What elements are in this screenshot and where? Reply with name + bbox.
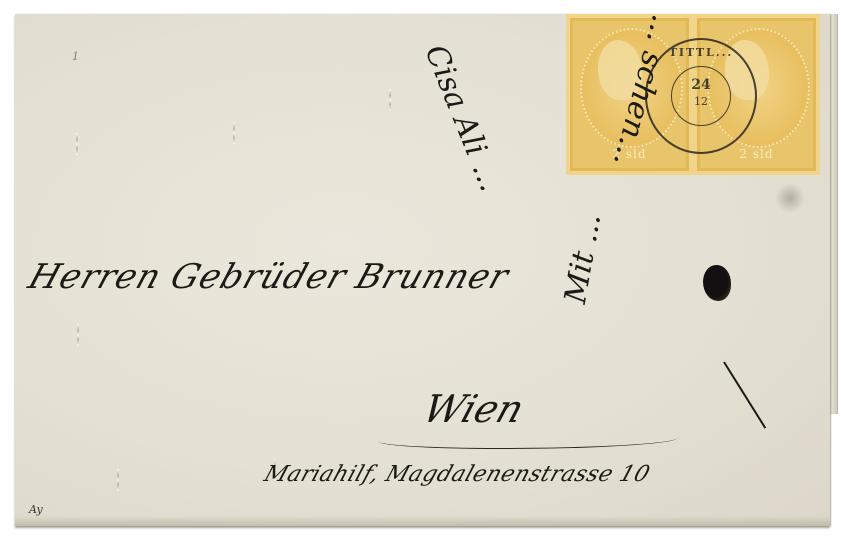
pinhole-mark	[231, 122, 237, 144]
pinhole-mark	[75, 324, 81, 346]
street-line: Mariahilf, Magdalenenstrasse 10	[261, 462, 653, 487]
postmark-day: 24	[672, 77, 730, 93]
addressee-line: Herren Gebrüder Brunner	[24, 257, 515, 297]
ink-blot	[703, 265, 731, 301]
pencil-mark: 1	[72, 50, 79, 63]
postmark-inner-ring: 24 12	[671, 66, 731, 126]
postmark-month: 12	[672, 95, 730, 108]
corner-pencil-mark: Ay	[29, 503, 43, 516]
pinhole-mark	[387, 89, 393, 111]
pinhole-mark	[115, 469, 121, 491]
city-line: Wien	[418, 387, 530, 431]
ink-smudge	[775, 183, 805, 213]
pinhole-mark	[74, 133, 80, 155]
